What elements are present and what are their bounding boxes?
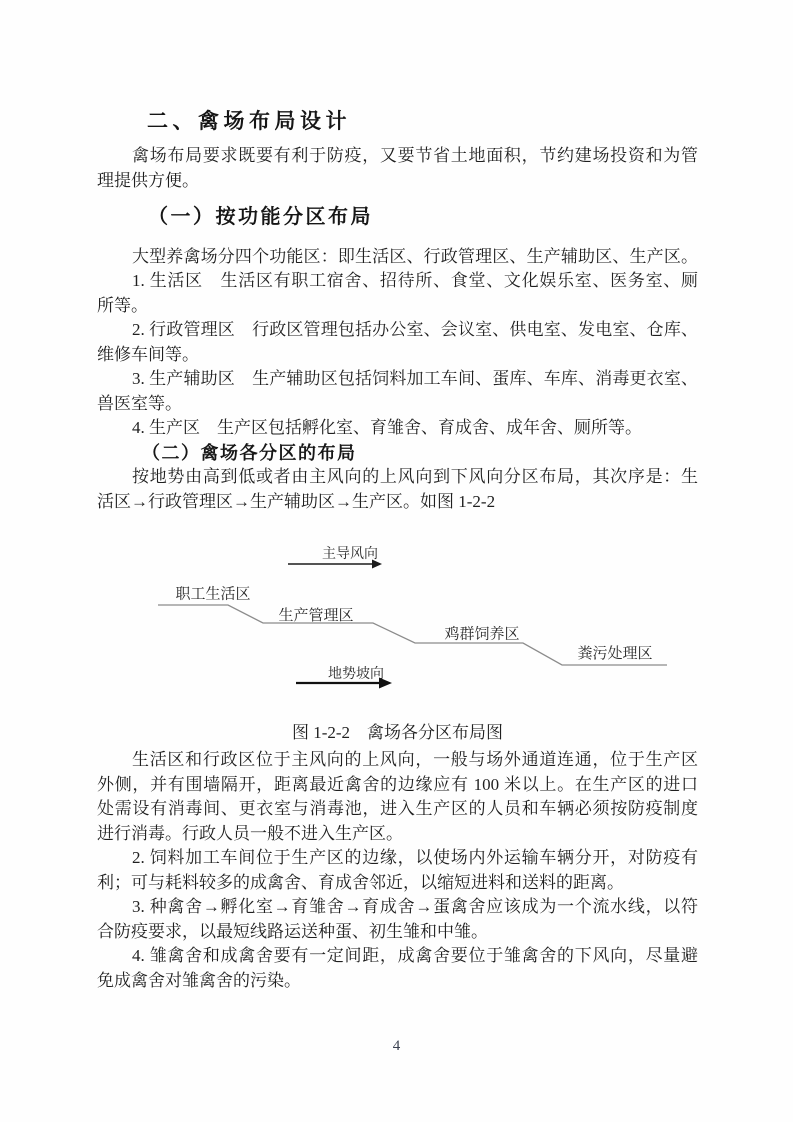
paragraph-zones: 大型养禽场分四个功能区：即生活区、行政管理区、生产辅助区、生产区。 [97, 245, 698, 270]
text-line: 3. 种禽舍→孵化室→育雏舍→育成舍→蛋禽舍应该成为一个流水线，以符 [97, 895, 698, 920]
slope-arrowhead-icon [379, 678, 392, 689]
text-line: 免成禽舍对雏禽舍的污染。 [97, 969, 698, 994]
text-line: 外侧，并有围墙隔开，距离最近禽舍的边缘应有 100 米以上。在生产区的进口 [97, 773, 698, 798]
paragraph-layout1: 生活区和行政区位于主风向的上风向，一般与场外通道连通，位于生产区 外侧，并有围墙… [97, 748, 698, 846]
text-line: 2. 饲料加工车间位于生产区的边缘，以使场内外运输车辆分开，对防疫有 [97, 846, 698, 871]
text-line: 1. 生活区 生活区有职工宿舍、招待所、食堂、文化娱乐室、医务室、厕 [97, 269, 698, 294]
text-line: 4. 雏禽舍和成禽舍要有一定间距，成禽舍要位于雏禽舍的下风向，尽量避 [97, 944, 698, 969]
paragraph-layout3: 3. 种禽舍→孵化室→育雏舍→育成舍→蛋禽舍应该成为一个流水线，以符 合防疫要求… [97, 895, 698, 944]
text-line: 2. 行政管理区 行政区管理包括办公室、会议室、供电室、发电室、仓库、 [97, 318, 698, 343]
text-line: 合防疫要求，以最短线路运送种蛋、初生雏和中雏。 [97, 920, 698, 945]
text-line: 理提供方便。 [97, 169, 698, 194]
text-line: 3. 生产辅助区 生产辅助区包括饲料加工车间、蛋库、车库、消毒更衣室、 [97, 367, 698, 392]
chapter-heading: 二、禽场布局设计 [147, 108, 698, 134]
zone-label-staff-living: 职工生活区 [175, 586, 250, 603]
text-line: 维修车间等。 [97, 343, 698, 368]
text-line: 生活区和行政区位于主风向的上风向，一般与场外通道连通，位于生产区 [97, 748, 698, 773]
paragraph-intro: 禽场布局要求既要有利于防疫，又要节省土地面积，节约建场投资和为管 理提供方便。 [97, 144, 698, 193]
text-line: 处需设有消毒间、更衣室与消毒池，进入生产区的人员和车辆必须按防疫制度 [97, 797, 698, 822]
section-heading-1: （一）按功能分区布局 [148, 204, 698, 230]
zone-label-manure-treatment: 粪污处理区 [577, 644, 652, 662]
text-line: 4. 生产区 生产区包括孵化室、育雏舍、育成舍、成年舍、厕所等。 [97, 416, 698, 441]
figure-caption: 图 1-2-2 禽场各分区布局图 [97, 721, 698, 746]
text-line: 进行消毒。行政人员一般不进入生产区。 [97, 822, 698, 847]
text-line: 活区→行政管理区→生产辅助区→生产区。如图 1-2-2 [97, 490, 698, 515]
page-number: 4 [0, 1038, 793, 1055]
prevailing-wind-label: 主导风向 [322, 546, 378, 562]
paragraph-item3: 3. 生产辅助区 生产辅助区包括饲料加工车间、蛋库、车库、消毒更衣室、 兽医室等… [97, 367, 698, 416]
text-line: 按地势由高到低或者由主风向的上风向到下风向分区布局，其次序是：生 [97, 465, 698, 490]
slope-direction-label: 地势坡向 [328, 665, 384, 682]
paragraph-layout4: 4. 雏禽舍和成禽舍要有一定间距，成禽舍要位于雏禽舍的下风向，尽量避 免成禽舍对… [97, 944, 698, 993]
zone-label-flock-raising: 鸡群饲养区 [444, 626, 519, 643]
paragraph-item4: 4. 生产区 生产区包括孵化室、育雏舍、育成舍、成年舍、厕所等。 [97, 416, 698, 441]
paragraph-item1: 1. 生活区 生活区有职工宿舍、招待所、食堂、文化娱乐室、医务室、厕 所等。 [97, 269, 698, 318]
text-line: 禽场布局要求既要有利于防疫，又要节省土地面积，节约建场投资和为管 [97, 144, 698, 169]
text-line: 所等。 [97, 294, 698, 319]
text-line: 兽医室等。 [97, 392, 698, 417]
paragraph-layout2: 2. 饲料加工车间位于生产区的边缘，以使场内外运输车辆分开，对防疫有 利；可与耗… [97, 846, 698, 895]
text-line: 利；可与耗料较多的成禽舍、育成舍邻近，以缩短进料和送料的距离。 [97, 871, 698, 896]
text-line: 大型养禽场分四个功能区：即生活区、行政管理区、生产辅助区、生产区。 [97, 245, 698, 270]
section-heading-2: （二）禽场各分区的布局 [142, 441, 698, 466]
document-page: 二、禽场布局设计 禽场布局要求既要有利于防疫，又要节省土地面积，节约建场投资和为… [0, 0, 793, 1122]
farm-zoning-diagram: 主导风向 职工生活区 生产管理区 鸡群饲养区 粪污处理区 地势坡向 [140, 540, 710, 710]
paragraph-order: 按地势由高到低或者由主风向的上风向到下风向分区布局，其次序是：生 活区→行政管理… [97, 465, 698, 514]
zone-label-production-management: 生产管理区 [278, 607, 353, 624]
paragraph-item2: 2. 行政管理区 行政区管理包括办公室、会议室、供电室、发电室、仓库、 维修车间… [97, 318, 698, 367]
